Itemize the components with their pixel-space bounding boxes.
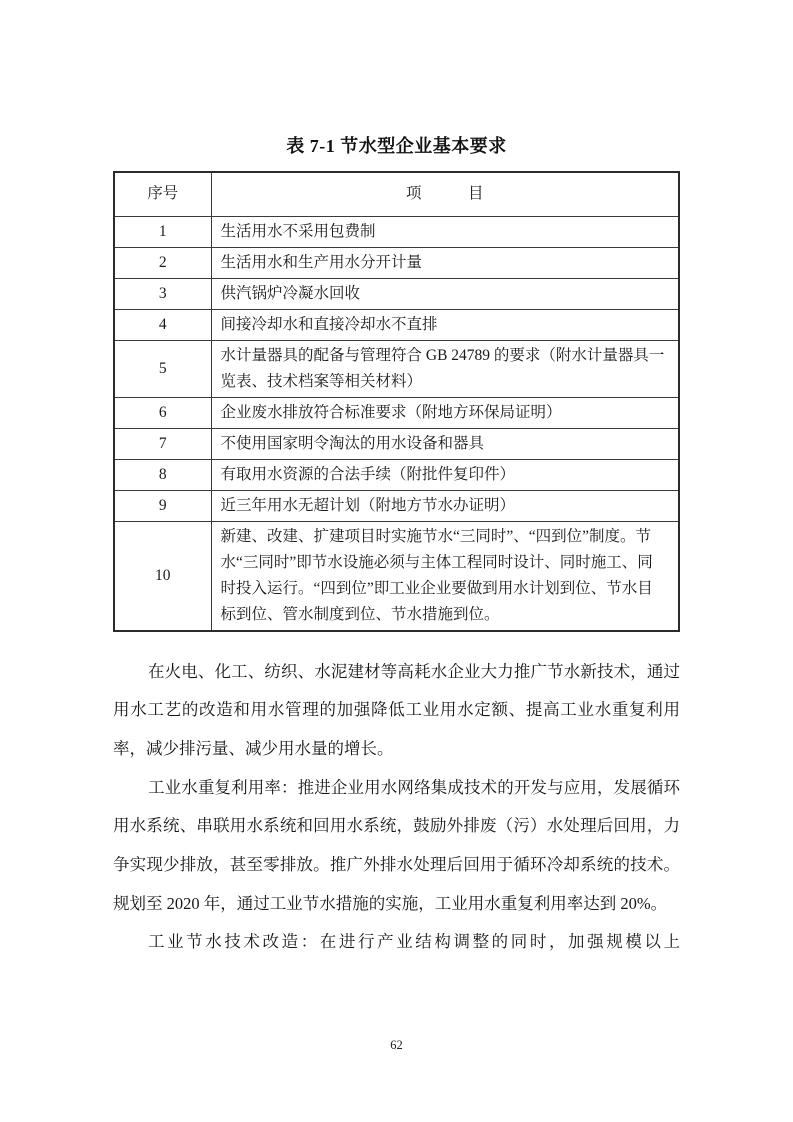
row-no-cell: 4: [114, 309, 211, 340]
row-item-cell: 生活用水和生产用水分开计量: [211, 247, 679, 278]
row-no-cell: 9: [114, 490, 211, 521]
page-content: 表 7-1 节水型企业基本要求 序号 项 目 1 生活用水不采用包费制 2 生活…: [113, 132, 680, 962]
page-number: 62: [0, 1038, 793, 1053]
row-no-cell: 1: [114, 216, 211, 247]
table-row: 6 企业废水排放符合标准要求（附地方环保局证明）: [114, 397, 679, 428]
row-no-cell: 8: [114, 459, 211, 490]
row-item-cell: 间接冷却水和直接冷却水不直排: [211, 309, 679, 340]
requirements-table: 序号 项 目 1 生活用水不采用包费制 2 生活用水和生产用水分开计量 3 供汽…: [113, 171, 680, 632]
row-item-cell: 有取用水资源的合法手续（附批件复印件）: [211, 459, 679, 490]
table-row: 9 近三年用水无超计划（附地方节水办证明）: [114, 490, 679, 521]
table-row: 10 新建、改建、扩建项目时实施节水“三同时”、“四到位”制度。节水“三同时”即…: [114, 521, 679, 631]
paragraph-2: 工业水重复利用率：推进企业用水网络集成技术的开发与应用，发展循环用水系统、串联用…: [113, 769, 680, 924]
column-header-no: 序号: [114, 172, 211, 216]
row-no-cell: 6: [114, 397, 211, 428]
table-row: 4 间接冷却水和直接冷却水不直排: [114, 309, 679, 340]
row-no-cell: 2: [114, 247, 211, 278]
table-row: 1 生活用水不采用包费制: [114, 216, 679, 247]
row-item-cell: 新建、改建、扩建项目时实施节水“三同时”、“四到位”制度。节水“三同时”即节水设…: [211, 521, 679, 631]
document-page: 表 7-1 节水型企业基本要求 序号 项 目 1 生活用水不采用包费制 2 生活…: [0, 0, 793, 1122]
row-no-cell: 5: [114, 340, 211, 397]
row-item-cell: 供汽锅炉冷凝水回收: [211, 278, 679, 309]
table-row: 3 供汽锅炉冷凝水回收: [114, 278, 679, 309]
row-item-cell: 生活用水不采用包费制: [211, 216, 679, 247]
body-text: 在火电、化工、纺织、水泥建材等高耗水企业大力推广节水新技术，通过用水工艺的改造和…: [113, 653, 680, 963]
table-row: 2 生活用水和生产用水分开计量: [114, 247, 679, 278]
table-row: 5 水计量器具的配备与管理符合 GB 24789 的要求（附水计量器具一览表、技…: [114, 340, 679, 397]
paragraph-3: 工业节水技术改造：在进行产业结构调整的同时，加强规模以上: [113, 923, 680, 962]
row-item-cell: 企业废水排放符合标准要求（附地方环保局证明）: [211, 397, 679, 428]
column-header-item: 项 目: [211, 172, 679, 216]
row-item-cell: 水计量器具的配备与管理符合 GB 24789 的要求（附水计量器具一览表、技术档…: [211, 340, 679, 397]
table-row: 7 不使用国家明令淘汰的用水设备和器具: [114, 428, 679, 459]
row-no-cell: 3: [114, 278, 211, 309]
table-header-row: 序号 项 目: [114, 172, 679, 216]
table-title: 表 7-1 节水型企业基本要求: [113, 132, 680, 158]
row-no-cell: 7: [114, 428, 211, 459]
row-no-cell: 10: [114, 521, 211, 631]
paragraph-1: 在火电、化工、纺织、水泥建材等高耗水企业大力推广节水新技术，通过用水工艺的改造和…: [113, 653, 680, 769]
row-item-cell: 近三年用水无超计划（附地方节水办证明）: [211, 490, 679, 521]
table-row: 8 有取用水资源的合法手续（附批件复印件）: [114, 459, 679, 490]
row-item-cell: 不使用国家明令淘汰的用水设备和器具: [211, 428, 679, 459]
